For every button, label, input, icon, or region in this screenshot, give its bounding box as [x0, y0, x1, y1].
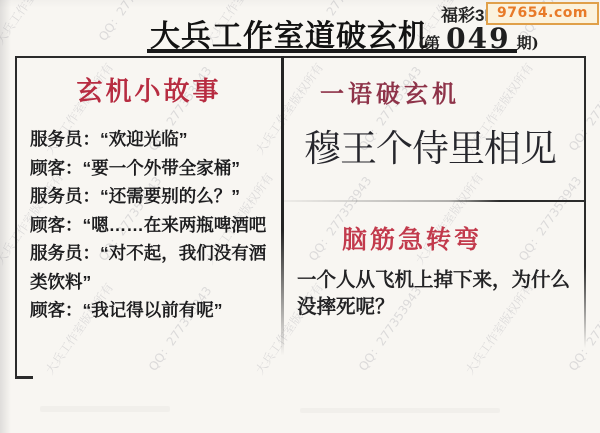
story-heading: 玄机小故事 [17, 71, 281, 108]
table-border-right [584, 56, 586, 348]
story-line: 类饮料” [17, 268, 281, 297]
story-dialogue: 服务员：“欢迎光临” 顾客：“要一个外带全家桶” 服务员：“还需要别的么？” 顾… [17, 125, 281, 325]
mystery-cell: 一语破玄机 穆王个侍里相见 [284, 58, 584, 200]
mystery-heading: 一语破玄机 [320, 74, 584, 109]
mystery-phrase: 穆王个侍里相见 [304, 118, 584, 172]
story-line: 顾客：“我记得以前有呢” [17, 296, 281, 325]
scanned-lottery-sheet: 大兵工作室版权所有QQ：277353943大兵工作室版权所有QQ：2773539… [0, 0, 600, 433]
issue-open-paren: (第 [418, 32, 440, 53]
issue-close-paren: 期) [517, 32, 539, 53]
story-line: 服务员：“欢迎光临” [17, 125, 281, 154]
table-border-bottom-left [15, 376, 33, 379]
scan-smudge [300, 408, 500, 413]
teaser-heading: 脑筋急转弯 [342, 220, 584, 256]
issue-number: 049 [446, 22, 510, 55]
site-watermark-badge: 97654.com [486, 2, 599, 25]
teaser-question: 一个人从飞机上掉下来，为什么没摔死呢？ [297, 267, 574, 321]
story-line: 服务员：“对不起，我们没有酒 [17, 239, 281, 268]
story-line: 顾客：“嗯……在来两瓶啤酒吧 [17, 211, 281, 240]
story-cell: 玄机小故事 服务员：“欢迎光临” 顾客：“要一个外带全家桶” 服务员：“还需要别… [17, 58, 281, 376]
scan-smudge [40, 406, 170, 412]
story-line: 顾客：“要一个外带全家桶” [17, 154, 281, 183]
teaser-cell: 脑筋急转弯 一个人从飞机上掉下来，为什么没摔死呢？ [284, 202, 584, 352]
copyright-watermark-text: 大兵工作室版权所有 [0, 0, 67, 48]
issue-label: (第 049 期) [418, 22, 539, 55]
story-line: 服务员：“还需要别的么？” [17, 182, 281, 211]
